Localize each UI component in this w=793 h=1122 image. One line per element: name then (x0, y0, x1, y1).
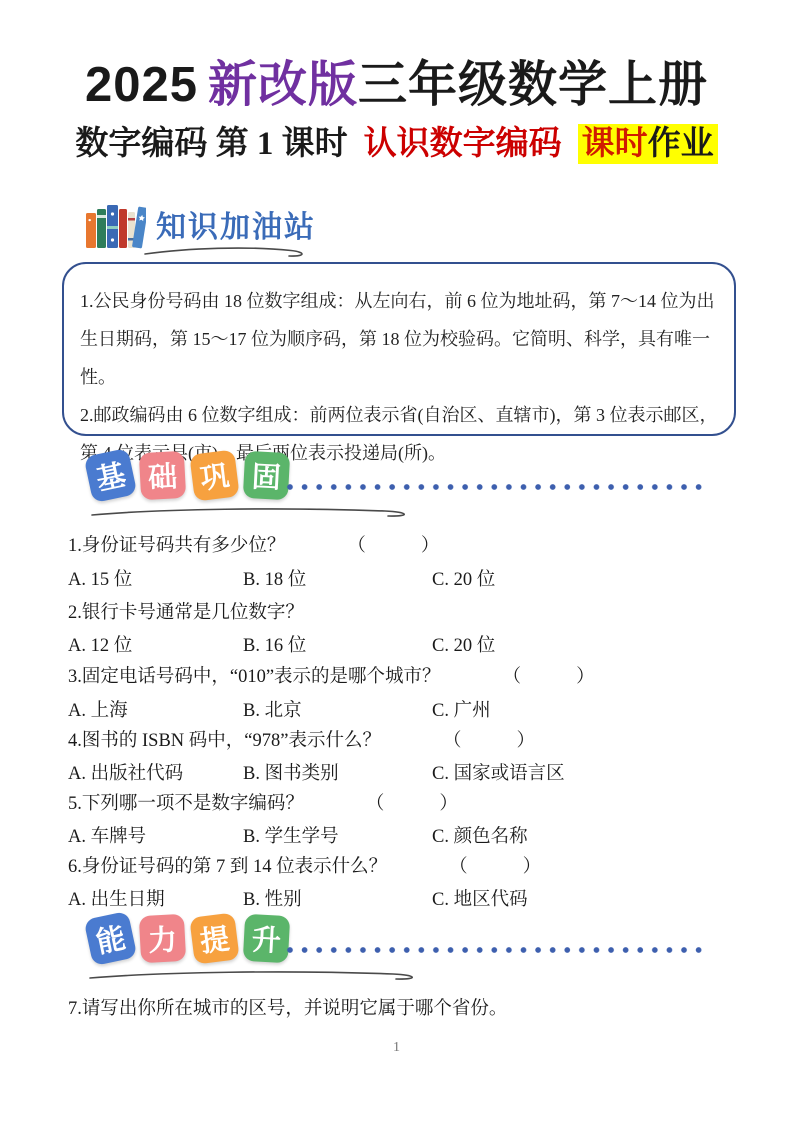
dotted-divider (284, 481, 708, 493)
underline-swoosh (90, 503, 420, 519)
answer-bracket: （ ） (443, 731, 541, 751)
worksheet-page: 2025新改版三年级数学上册 数字编码 第 1 课时认识数字编码课时作业 知识加… (0, 0, 793, 1122)
option-b: B. 学生学号 (243, 822, 339, 848)
badge-tile: 提 (189, 912, 239, 964)
badge-tile: 巩 (189, 449, 239, 501)
question-7: 7.请写出你所在城市的区号，并说明它属于哪个省份。 (68, 994, 507, 1020)
option-b: B. 图书类别 (243, 759, 339, 785)
badge-tile: 基 (84, 448, 138, 503)
answer-bracket: （ ） (503, 667, 601, 687)
question-2: 2.银行卡号通常是几位数字？ (68, 598, 366, 624)
title-year: 2025 (85, 58, 198, 112)
question-5: 5.下列哪一项不是数字编码？（ ） (68, 789, 464, 815)
option-a: A. 上海 (68, 696, 128, 722)
underline-swoosh (143, 243, 313, 259)
question-1: 1.身份证号码共有多少位？（ ） (68, 531, 445, 557)
answer-bracket: （ ） (366, 794, 464, 814)
answer-bracket: （ ） (347, 536, 445, 556)
option-b: B. 18 位 (243, 565, 306, 591)
question-6: 6.身份证号码的第 7 到 14 位表示什么？（ ） (68, 852, 547, 878)
option-a: A. 出版社代码 (68, 759, 183, 785)
question-4: 4.图书的 ISBN 码中，“978”表示什么？（ ） (68, 726, 541, 752)
basic-section-badge: 基 础 巩 固 (88, 452, 289, 499)
subtitle-topic: 认识数字编码 (364, 126, 562, 162)
option-a: A. 12 位 (68, 631, 132, 657)
advanced-section-badge: 能 力 提 升 (88, 915, 289, 962)
subtitle-lesson: 数字编码 第 1 课时 (75, 126, 347, 162)
underline-swoosh (88, 966, 428, 982)
page-number: 1 (0, 1040, 793, 1056)
title-rest: 三年级数学上册 (358, 58, 708, 112)
option-b: B. 北京 (243, 696, 302, 722)
option-c: C. 广州 (432, 696, 491, 722)
page-title: 2025新改版三年级数学上册 (0, 46, 793, 116)
dotted-divider (284, 944, 708, 956)
title-highlight: 新改版 (208, 58, 358, 112)
badge-tile: 础 (139, 451, 186, 500)
subtitle-homework-black: 作业 (648, 126, 714, 162)
subtitle-homework-highlight: 课时作业 (578, 124, 718, 164)
badge-tile: 能 (84, 911, 138, 966)
knowledge-station-title: 知识加油站 (156, 202, 316, 246)
page-subtitle: 数字编码 第 1 课时认识数字编码课时作业 (0, 117, 793, 164)
option-a: A. 15 位 (68, 565, 132, 591)
option-c: C. 颜色名称 (432, 822, 528, 848)
badge-tile: 力 (139, 914, 186, 963)
option-b: B. 性别 (243, 885, 302, 911)
books-icon (84, 196, 146, 252)
option-a: A. 出生日期 (68, 885, 165, 911)
subtitle-homework-red: 课时 (582, 126, 648, 162)
question-3: 3.固定电话号码中，“010”表示的是哪个城市？（ ） (68, 662, 601, 688)
option-c: C. 国家或语言区 (432, 759, 565, 785)
knowledge-point-1: 1.公民身份号码由 18 位数字组成：从左向右，前 6 位为地址码，第 7～14… (80, 282, 718, 396)
option-c: C. 20 位 (432, 631, 495, 657)
answer-bracket: （ ） (449, 857, 547, 877)
option-a: A. 车牌号 (68, 822, 146, 848)
option-c: C. 地区代码 (432, 885, 528, 911)
knowledge-box: 1.公民身份号码由 18 位数字组成：从左向右，前 6 位为地址码，第 7～14… (62, 262, 736, 436)
option-c: C. 20 位 (432, 565, 495, 591)
option-b: B. 16 位 (243, 631, 306, 657)
